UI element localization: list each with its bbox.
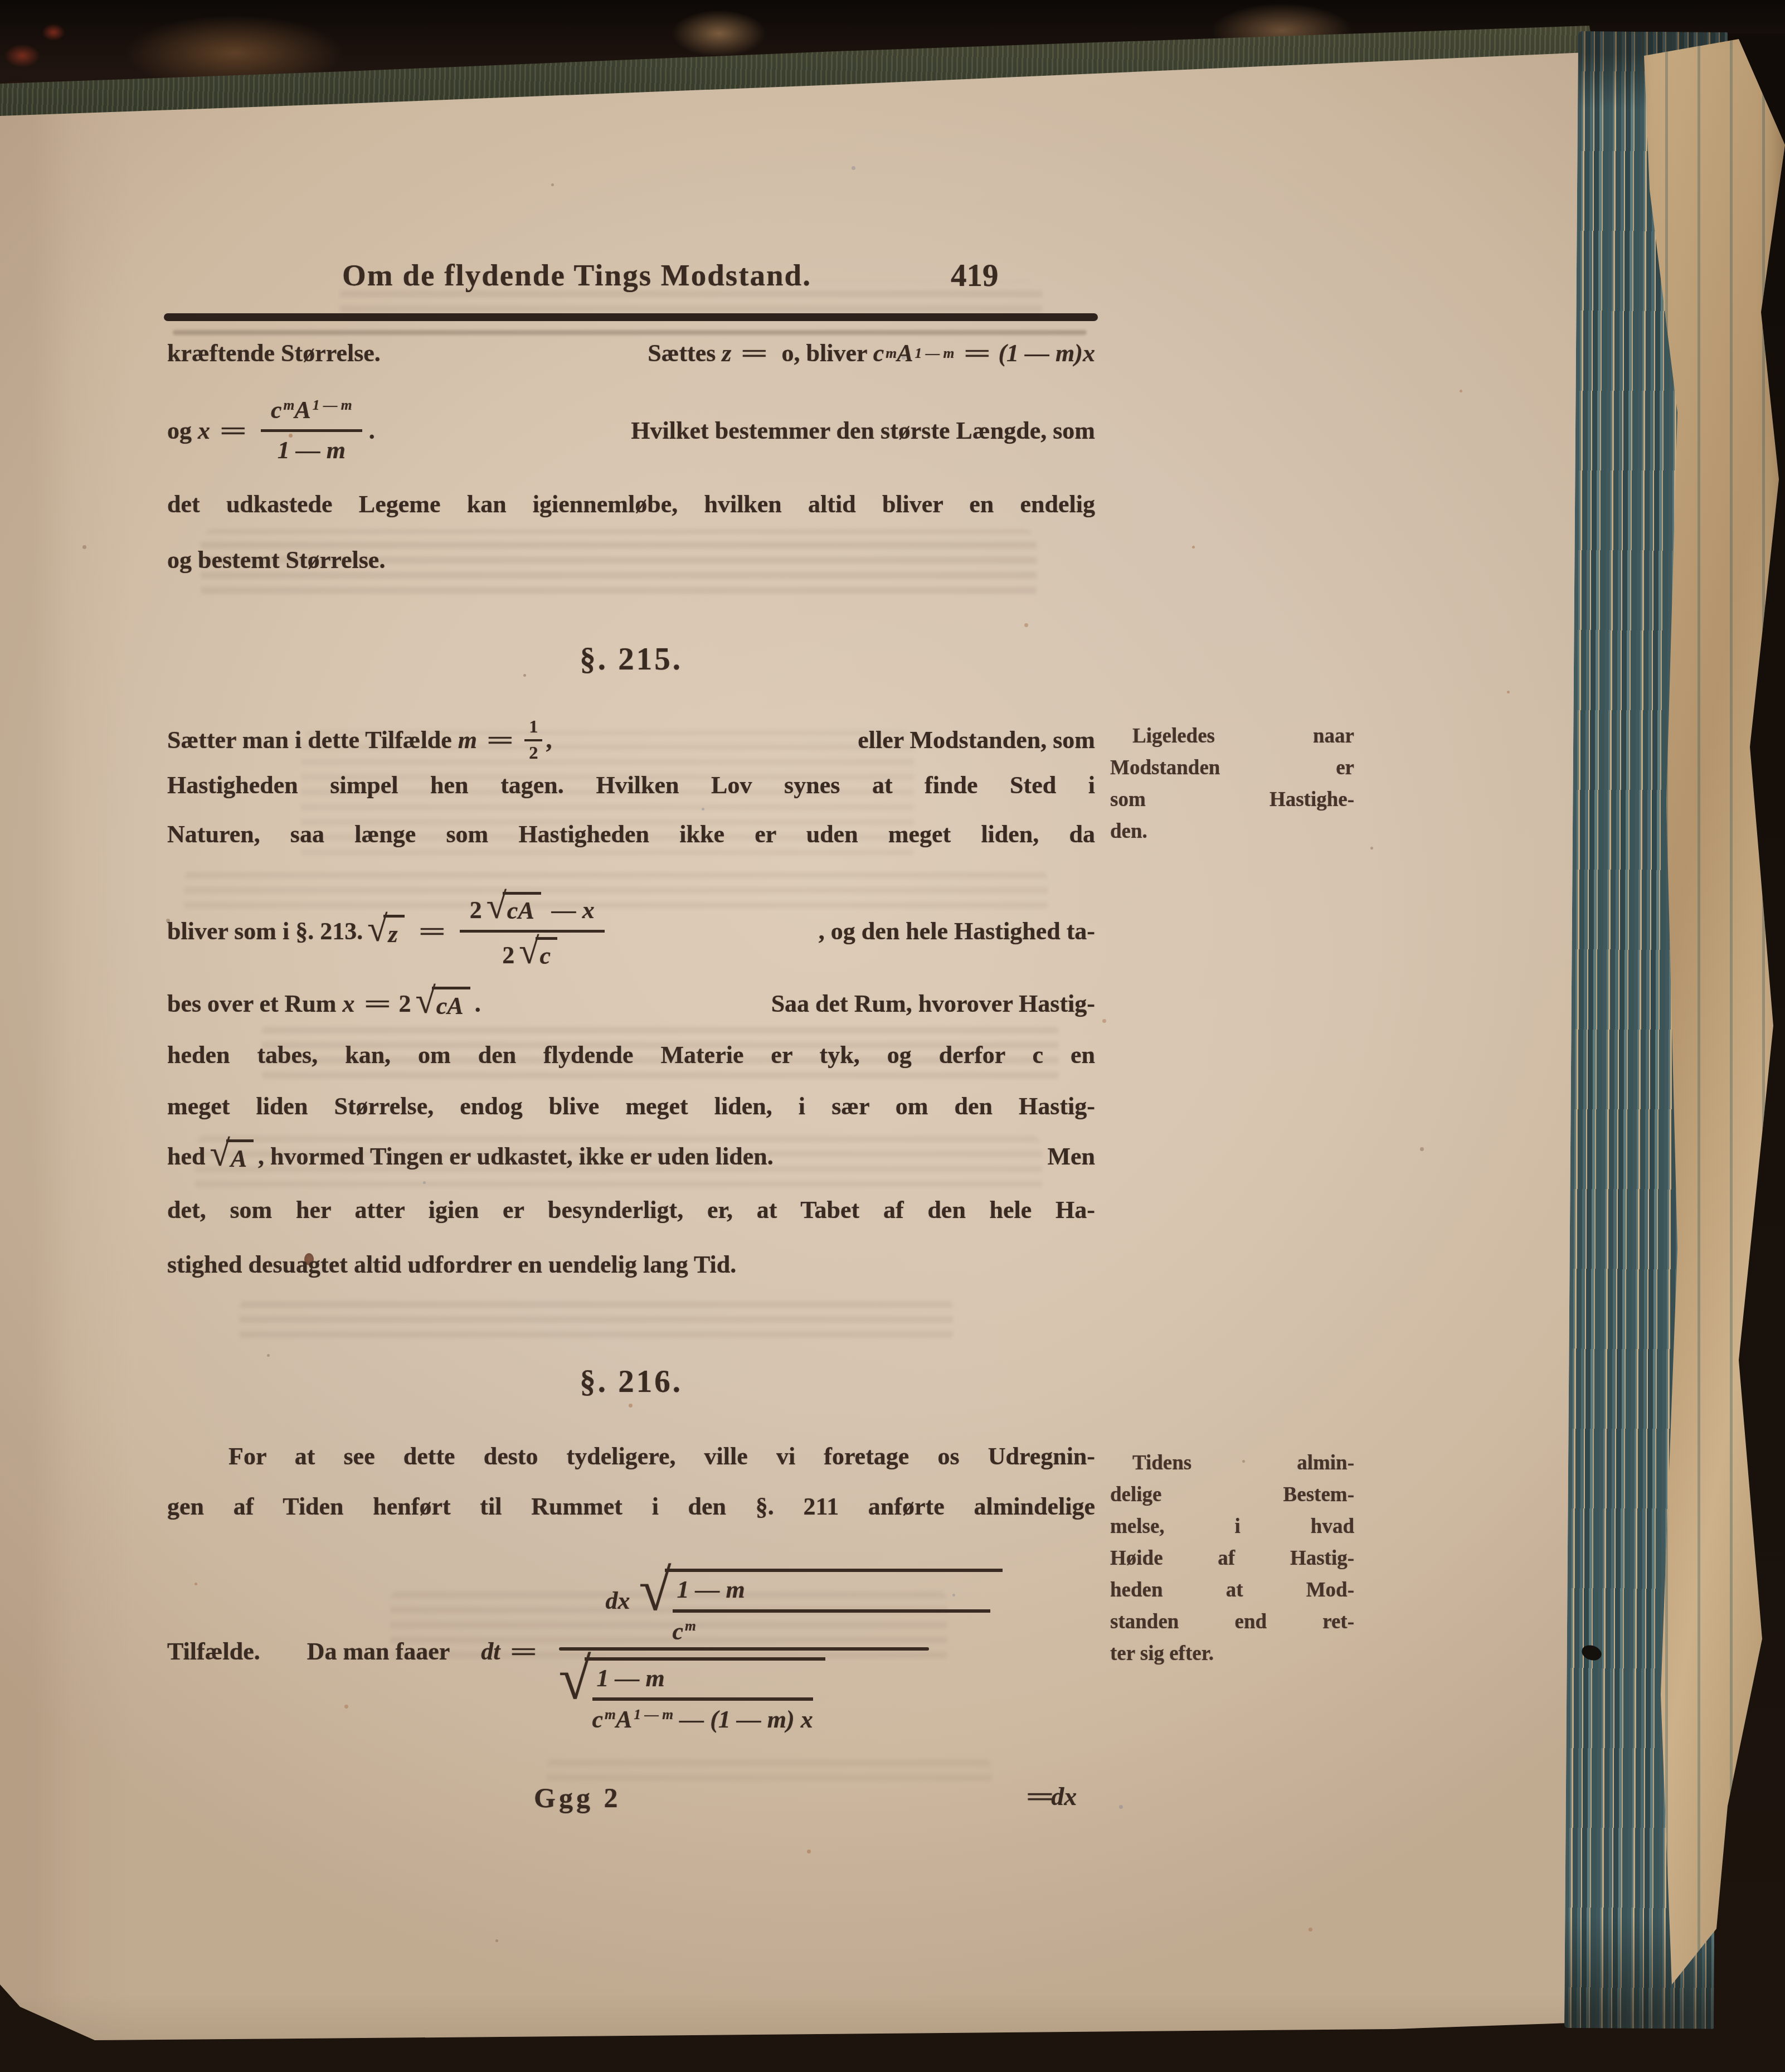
radical: √cA — [416, 987, 470, 1020]
equals-sign: = — [487, 726, 512, 754]
margin-note-line: Ligeledes naar — [1110, 720, 1354, 752]
var-c: c — [271, 396, 282, 424]
text-run: Tilfælde. — [167, 1637, 260, 1666]
var-x: x — [1083, 339, 1095, 367]
text-run: , og den hele Hastighed ta- — [819, 917, 1095, 945]
text-run: kræftende Størrelse. — [167, 339, 381, 367]
radical: √ 1 — m cm — [639, 1569, 1003, 1645]
section-heading-215: §. 215. — [167, 641, 1095, 677]
header-rule — [164, 313, 1098, 321]
var-x: x — [198, 416, 210, 445]
main-fraction-bar — [559, 1647, 929, 1651]
formula-run: bliver som i §. 213. √z = 2√cA — x 2√c — [167, 892, 611, 970]
coefficient: 2 — [470, 896, 482, 924]
exponent: 1 — m — [313, 397, 352, 413]
formula-line: bliver som i §. 213. √z = 2√cA — x 2√c ,… — [167, 863, 1095, 999]
text-run: bliver — [800, 339, 873, 367]
var-c: c — [592, 1706, 604, 1733]
main-fraction: dx √ 1 — m cm √ 1 — [559, 1569, 1003, 1734]
margin-note-line: Tidens almin- — [1110, 1447, 1354, 1479]
margin-note-215: Ligeledes naar Modstanden er som Hastigh… — [1110, 720, 1354, 847]
radicand-c: c — [536, 937, 558, 971]
main-numerator: dx √ 1 — m cm — [606, 1569, 1003, 1645]
var-m: m — [458, 726, 477, 754]
text-run: eller Modstanden, som — [858, 726, 1095, 754]
radicand-z: z — [383, 915, 404, 948]
text-line: meget liden Størrelse, endog blive meget… — [167, 1090, 1095, 1123]
exponent: 1 — m — [634, 1706, 673, 1722]
radical: √cA — [487, 892, 541, 925]
margin-note-216: Tidens almin- delige Bestem- melse, i hv… — [1110, 1447, 1354, 1670]
fraction-numerator: 2√cA — x — [460, 892, 605, 933]
formula-run: Sætter man i dette Tilfælde m= 1 2 , — [167, 718, 552, 762]
catchword: = dx — [1032, 1782, 1077, 1811]
expression: (1 — m) — [998, 339, 1083, 367]
text-run: bes over et Rum — [167, 989, 342, 1018]
coefficient: 2 — [502, 942, 514, 969]
exponent: m — [886, 345, 897, 362]
text-run: o, — [776, 339, 800, 367]
text-line: heden tabes, kan, om den flydende Materi… — [167, 1039, 1095, 1071]
text-line: gen af Tiden henført til Rummet i den §.… — [167, 1491, 1095, 1523]
bleedthrough-smudge — [240, 1296, 953, 1346]
margin-note-line: som Hastighe- — [1110, 784, 1354, 816]
fraction: cmA1 — m 1 — m — [261, 396, 362, 464]
fraction-denominator: cmA1 — m — (1 — m) x — [592, 1701, 813, 1733]
var-dt: dt — [481, 1637, 500, 1666]
equals-sign: = — [219, 416, 245, 445]
scanned-book-page: { "colors":{"paper":"#d7c5b0","ink":"#3a… — [0, 0, 1785, 2072]
var-A: A — [616, 1706, 632, 1733]
var-dx: dx — [606, 1588, 630, 1614]
radical: √ 1 — m cmA1 — m — (1 — m) x — [559, 1657, 825, 1734]
fraction-denominator: 1 — m — [278, 432, 346, 465]
var-A: A — [294, 396, 310, 424]
radicand-cA: cA — [432, 987, 470, 1020]
text-line: Sætter man i dette Tilfælde m= 1 2 , ell… — [167, 718, 1095, 762]
fraction-denominator: 2√c — [502, 933, 562, 971]
equals-sign: = — [364, 989, 390, 1018]
var-c: c — [873, 339, 884, 367]
margin-note-line: delige Bestem- — [1110, 1479, 1354, 1511]
text-line: hed√A, hvormed Tingen er udkastet, ikke … — [167, 1139, 1095, 1173]
margin-note-line: den. — [1110, 816, 1354, 847]
header-rule-shadow — [173, 330, 1087, 335]
exponent: m — [284, 397, 295, 413]
expression: — x — [546, 896, 595, 924]
radical: √z — [367, 915, 404, 948]
fraction-numerator: cmA1 — m — [261, 396, 362, 432]
text-line: stighed desuagtet altid udfordrer en uen… — [167, 1249, 1095, 1281]
fraction-denominator: 2 — [529, 741, 538, 763]
var-dx: dx — [1051, 1782, 1077, 1811]
margin-note-line: heden at Mod- — [1110, 1574, 1354, 1606]
equals-sign: = — [418, 917, 444, 945]
formula-run: Sættes z= o, bliver cmA1 — m=(1 — m)x — [648, 339, 1095, 367]
text-line: det udkastede Legeme kan igiennemløbe, h… — [167, 488, 1095, 521]
page-paper: Om de flydende Tings Modstand. 419 kræft… — [0, 0, 1785, 2072]
fraction-numerator: 1 — m — [673, 1576, 990, 1612]
gathering-signature: Ggg 2 — [534, 1782, 621, 1814]
formula-run: hed√A, hvormed Tingen er udkastet, ikke … — [167, 1139, 774, 1173]
exponent: m — [685, 1618, 696, 1634]
text-run: . — [475, 989, 481, 1018]
expression: — (1 — m) x — [673, 1706, 813, 1733]
margin-note-line: Modstanden er — [1110, 752, 1354, 784]
fraction-numerator: 1 — m — [592, 1665, 813, 1701]
page-number: 419 — [951, 258, 1096, 294]
text-run: , hvormed Tingen er udkastet, ikke er ud… — [258, 1142, 774, 1171]
coefficient: 2 — [399, 989, 411, 1018]
var-c: c — [673, 1618, 684, 1645]
margin-note-line: standen end ret- — [1110, 1606, 1354, 1638]
var-z: z — [722, 339, 731, 367]
text-run: Hvilket bestemmer den største Længde, so… — [631, 416, 1095, 445]
text-run: Saa det Rum, hvorover Hastig- — [771, 989, 1095, 1018]
margin-note-line: Høide af Hastig- — [1110, 1542, 1354, 1574]
fraction-denominator: cm — [673, 1613, 990, 1645]
var-x: x — [342, 989, 354, 1018]
running-title: Om de flydende Tings Modstand. — [301, 258, 853, 293]
nested-fraction: 1 — m cm — [673, 1576, 990, 1645]
text-run: Sættes — [648, 339, 722, 367]
fraction-numerator: 1 — [524, 718, 542, 741]
text-line: bes over et Rum x=2√cA. Saa det Rum, hvo… — [167, 987, 1095, 1020]
exponent: m — [605, 1706, 616, 1722]
dt-formula: Tilfælde. Da man faaer dt = dx √ 1 — m c… — [167, 1540, 1103, 1763]
exponent: 1 — m — [915, 345, 955, 362]
text-run: Men — [1047, 1142, 1095, 1171]
main-denominator: √ 1 — m cmA1 — m — (1 — m) x — [559, 1657, 1003, 1734]
equals-sign: = — [509, 1637, 535, 1666]
nested-fraction: 1 — m cmA1 — m — (1 — m) x — [592, 1665, 813, 1734]
text-line: og bestemt Størrelse. — [167, 544, 1095, 576]
margin-note-line: ter sig efter. — [1110, 1638, 1354, 1670]
formula-run: og x= cmA1 — m 1 — m . — [167, 396, 375, 464]
radicand-cA: cA — [503, 892, 541, 925]
formula-line: og x= cmA1 — m 1 — m . Hvilket bestemmer… — [167, 375, 1095, 486]
equals-sign: = — [741, 339, 766, 367]
text-line: For at see dette desto tydeligere, ville… — [228, 1440, 1095, 1473]
radical: √c — [519, 937, 557, 971]
text-line: Hastigheden simpel hen tagen. Hvilken Lo… — [167, 769, 1095, 802]
var-A: A — [897, 339, 913, 367]
text-run: Da man faaer — [307, 1637, 450, 1666]
radical: √A — [210, 1139, 254, 1173]
margin-note-line: melse, i hvad — [1110, 1511, 1354, 1542]
equals-sign: = — [1025, 1782, 1052, 1811]
text-line: det, som her atter igien er besynderligt… — [167, 1194, 1095, 1226]
text-run: Sætter man i dette Tilfælde — [167, 726, 458, 754]
text-run: og — [167, 416, 198, 445]
equals-sign: = — [964, 339, 989, 367]
text-run: , — [546, 726, 552, 754]
text-line: Naturen, saa længe som Hastigheden ikke … — [167, 818, 1095, 851]
fraction-one-half: 1 2 — [524, 718, 542, 762]
text-run: hed — [167, 1142, 205, 1171]
text-run: . — [369, 416, 375, 445]
text-line: kræftende Størrelse. Sættes z= o, bliver… — [167, 339, 1095, 367]
radicand: 1 — m cm — [665, 1569, 1003, 1645]
section-heading-216: §. 216. — [167, 1363, 1095, 1400]
radicand-A: A — [226, 1139, 254, 1173]
formula-run: bes over et Rum x=2√cA. — [167, 987, 481, 1020]
fraction: 2√cA — x 2√c — [460, 892, 605, 970]
text-run: bliver som i §. 213. — [167, 917, 363, 945]
radicand: 1 — m cmA1 — m — (1 — m) x — [585, 1657, 825, 1734]
